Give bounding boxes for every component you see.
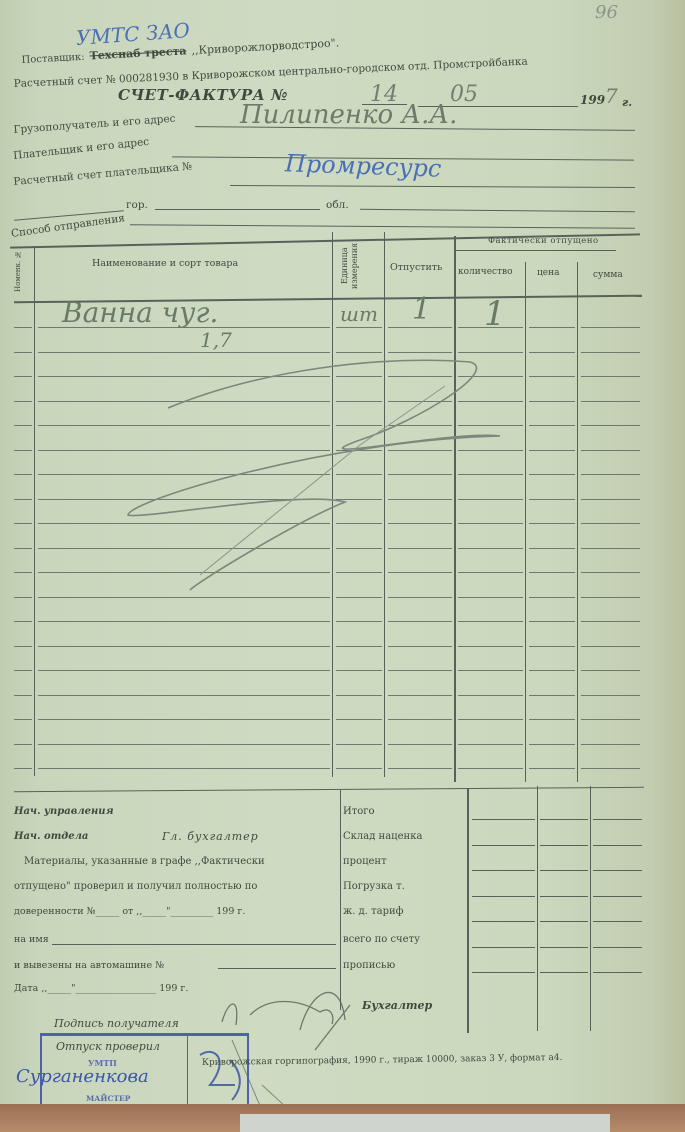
recipient-signature-label: Подпись получателя (54, 1017, 179, 1030)
total-label: Погрузка т. (343, 881, 405, 892)
total-rule (472, 972, 535, 973)
materials-text-3: доверенности №_____ от ,,_____"_________… (14, 906, 245, 917)
materials-text-2: отпущено" проверил и получил полностью п… (14, 881, 257, 892)
total-rule (472, 921, 535, 922)
head-dept-label: Нач. отдела (14, 831, 88, 842)
total-label: процент (343, 856, 387, 867)
total-rule (540, 947, 588, 948)
total-rule (593, 972, 642, 973)
total-rule (472, 819, 535, 820)
total-rule (540, 972, 588, 973)
stamp-role: МАЙСТЕР (86, 1094, 130, 1103)
total-rule (472, 870, 535, 871)
total-rule (540, 819, 588, 820)
total-rule (540, 870, 588, 871)
accountant-label: Бухгалтер (362, 999, 432, 1012)
total-rule (593, 947, 642, 948)
total-label: Итого (343, 806, 375, 817)
underlying-sheet (240, 1114, 610, 1132)
materials-text-1: Материалы, указанные в графе ,,Фактическ… (24, 856, 265, 867)
name-label: на имя (14, 934, 49, 945)
total-rule (472, 845, 535, 846)
total-rule (593, 819, 642, 820)
head-admin-label: Нач. управления (14, 806, 114, 817)
chief-accountant-label: Гл. бухгалтер (162, 830, 259, 843)
total-label: Склад наценка (343, 831, 422, 842)
total-rule (593, 921, 642, 922)
stamp-handwritten: Сурганенкова (16, 1066, 149, 1087)
invoice-paper: 96 УМТС ЗАО Поставщик: Техснаб треста ,,… (0, 0, 685, 1108)
total-rule (472, 947, 535, 948)
total-label: прописью (343, 960, 395, 971)
total-rule (540, 845, 588, 846)
total-rule (540, 896, 588, 897)
date-label: Дата ,,_____"_________________ 199 г. (14, 983, 188, 994)
total-rule (593, 896, 642, 897)
total-rule (540, 921, 588, 922)
total-label: ж. д. тариф (343, 906, 403, 917)
total-rule (593, 845, 642, 846)
car-label: и вывезены на автомашине № (14, 960, 164, 971)
total-label: всего по счету (343, 934, 420, 945)
total-rule (593, 870, 642, 871)
total-rule (472, 896, 535, 897)
